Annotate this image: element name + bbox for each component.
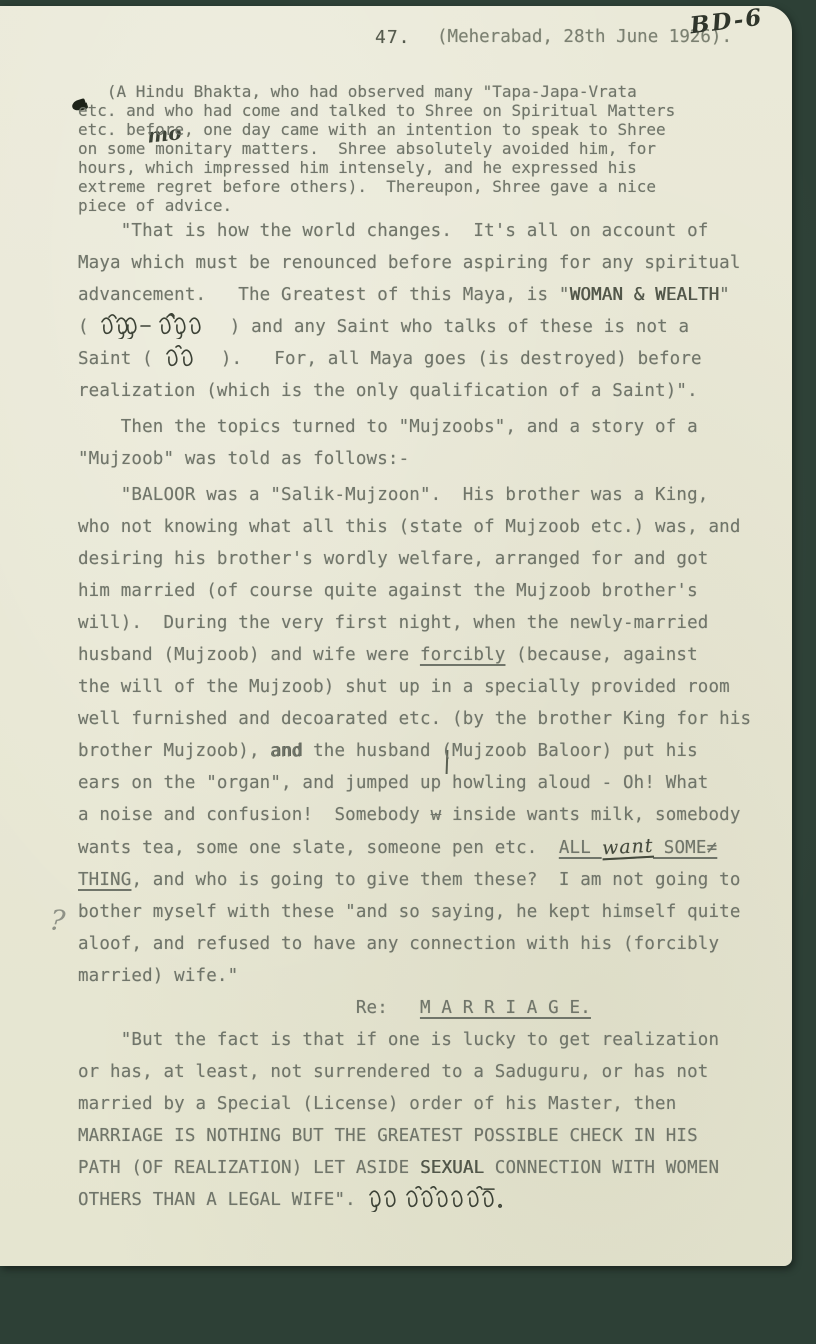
typed-text: CONNECTION WITH WOMEN [484, 1158, 719, 1178]
typed-text: brother Mujzoob), [78, 741, 270, 761]
typed-text: will). During the very first night, when… [78, 613, 708, 633]
text-line: "BALOOR was a "Salik-Mujzoon". His broth… [78, 479, 774, 511]
text-line: "But the fact is that if one is lucky to… [78, 1024, 774, 1056]
paragraph-marriage: "But the fact is that if one is lucky to… [78, 1024, 774, 1216]
typed-text: well furnished and decoarated etc. (by t… [78, 709, 751, 729]
paragraph-mujzoob-intro: Then the topics turned to "Mujzoobs", an… [78, 411, 774, 475]
typed-text: etc. and who had come and talked to Shre… [78, 101, 675, 120]
typed-text: MARRIAGE IS NOTHING BUT THE GREATEST POS… [78, 1126, 698, 1146]
typed-text: realization (which is the only qualifica… [78, 381, 698, 401]
typed-text: or has, at least, not surrendered to a S… [78, 1062, 708, 1082]
typed-text: SOME≠ [653, 838, 717, 858]
typed-text: ) and any Saint who talks of these is no… [208, 317, 689, 337]
text-line: Maya which must be renounced before aspi… [78, 247, 774, 279]
typed-text: M A R R I A G E. [420, 998, 591, 1018]
text-line: ( ) and any Saint who talks of these is … [78, 311, 774, 343]
text-line: married) wife." [78, 960, 774, 992]
typed-text: Re: [78, 998, 420, 1018]
text-line: married by a Special (License) order of … [78, 1088, 774, 1120]
typed-text: aloof, and refused to have any connectio… [78, 934, 719, 954]
typed-text: forcibly [420, 645, 506, 665]
typed-text: " [719, 285, 730, 305]
typed-text: "But the fact is that if one is lucky to… [78, 1030, 719, 1050]
typed-text: Then the topics turned to "Mujzoobs", an… [78, 417, 698, 437]
typed-text: advancement. The Greatest of this Maya, … [78, 285, 570, 305]
text-line: hours, which impressed him intensely, an… [78, 158, 774, 177]
typed-text: married by a Special (License) order of … [78, 1094, 676, 1114]
typed-text: ). For, all Maya goes (is destroyed) bef… [200, 349, 702, 369]
paragraph-baloor-story: "BALOOR was a "Salik-Mujzoon". His broth… [78, 479, 774, 992]
typed-text: married) wife." [78, 966, 238, 986]
typed-text: a noise and confusion! Somebody [78, 805, 431, 825]
document-page: 47. (Meherabad, 28th June 1926). BD-6 mo… [0, 6, 792, 1266]
typed-text: the will of the Mujzoob) shut up in a sp… [78, 677, 730, 697]
typed-text: , and who is going to give them these? I… [131, 870, 740, 890]
typed-text: inside wants milk, somebody [441, 805, 740, 825]
typed-text: SEXUAL [420, 1158, 484, 1178]
typed-text: hours, which impressed him intensely, an… [78, 158, 637, 177]
typed-text: Maya which must be renounced before aspi… [78, 253, 741, 273]
dateline: (Meherabad, 28th June 1926). [437, 27, 732, 47]
handwritten-word: want [601, 830, 654, 865]
typed-text: Saint ( [78, 349, 164, 369]
typed-text: him married (of course quite against the… [78, 581, 698, 601]
text-line: OTHERS THAN A LEGAL WIFE". [78, 1184, 774, 1216]
text-line: or has, at least, not surrendered to a S… [78, 1056, 774, 1088]
typed-text: (A Hindu Bhakta, who had observed many "… [78, 82, 637, 101]
text-line: realization (which is the only qualifica… [78, 375, 774, 407]
text-line: Then the topics turned to "Mujzoobs", an… [78, 411, 774, 443]
text-line: piece of advice. [78, 196, 774, 215]
text-line: well furnished and decoarated etc. (by t… [78, 703, 774, 735]
text-line: PATH (OF REALIZATION) LET ASIDE SEXUAL C… [78, 1152, 774, 1184]
typed-text: ( [78, 317, 99, 337]
typed-text: on some monitary matters. Shree absolute… [78, 139, 656, 158]
text-line: Re: M A R R I A G E. [78, 992, 774, 1024]
text-line: desiring his brother's wordly welfare, a… [78, 543, 774, 575]
text-line: Saint ( ). For, all Maya goes (is destro… [78, 343, 774, 375]
gujarati-handwriting [367, 1190, 507, 1210]
text-line: bother myself with these "and so saying,… [78, 896, 774, 928]
typed-text: and [270, 741, 302, 761]
typed-text: desiring his brother's wordly welfare, a… [78, 549, 708, 569]
annotation-bd6: BD-6 [689, 4, 765, 40]
typed-text: etc. before, one day came with an intent… [78, 120, 666, 139]
typed-text: "BALOOR was a "Salik-Mujzoon". His broth… [78, 485, 708, 505]
text-line: aloof, and refused to have any connectio… [78, 928, 774, 960]
text-line: extreme regret before others). Thereupon… [78, 177, 774, 196]
text-line: on some monitary matters. Shree absolute… [78, 139, 774, 158]
text-line: (A Hindu Bhakta, who had observed many "… [78, 82, 774, 101]
typed-text: OTHERS THAN A LEGAL WIFE". [78, 1190, 367, 1210]
text-line: the will of the Mujzoob) shut up in a sp… [78, 671, 774, 703]
typed-text: "That is how the world changes. It's all… [78, 221, 708, 241]
typed-text: husband (Mujzoob) and wife were [78, 645, 420, 665]
paragraph-maya: "That is how the world changes. It's all… [78, 215, 774, 407]
text-line: MARRIAGE IS NOTHING BUT THE GREATEST POS… [78, 1120, 774, 1152]
text-line: who not knowing what all this (state of … [78, 511, 774, 543]
typed-text: ears on the "organ", and jumped up howli… [78, 773, 708, 793]
typed-text: extreme regret before others). Thereupon… [78, 177, 656, 196]
text-line: "Mujzoob" was told as follows:- [78, 443, 774, 475]
typed-text: wants tea, some one slate, someone pen e… [78, 838, 559, 858]
text-line: THING, and who is going to give them the… [78, 864, 774, 896]
opening-note: (A Hindu Bhakta, who had observed many "… [78, 82, 774, 215]
typed-text: w [431, 805, 442, 825]
document-body: (A Hindu Bhakta, who had observed many "… [78, 82, 774, 1216]
typed-text: WOMAN & WEALTH [570, 285, 720, 305]
typed-text: "Mujzoob" was told as follows:- [78, 449, 409, 469]
text-line: ears on the "organ", and jumped up howli… [78, 767, 774, 799]
typed-text: PATH (OF REALIZATION) LET ASIDE [78, 1158, 420, 1178]
typed-text: (because, against [505, 645, 697, 665]
typed-text: bother myself with these "and so saying,… [78, 902, 741, 922]
text-line: etc. before, one day came with an intent… [78, 120, 774, 139]
typed-text: the husband (Mujzoob Baloor) put his [302, 741, 697, 761]
text-line: a noise and confusion! Somebody w inside… [78, 799, 774, 831]
text-line: brother Mujzoob), and the husband (Mujzo… [78, 735, 774, 767]
text-line: will). During the very first night, when… [78, 607, 774, 639]
text-line: husband (Mujzoob) and wife were forcibly… [78, 639, 774, 671]
text-line: wants tea, some one slate, someone pen e… [78, 831, 774, 864]
margin-question-mark: ? [48, 903, 66, 937]
section-heading-marriage: Re: M A R R I A G E. [78, 992, 774, 1024]
text-line: etc. and who had come and talked to Shre… [78, 101, 774, 120]
typed-text: ALL [559, 838, 602, 858]
typed-text: who not knowing what all this (state of … [78, 517, 741, 537]
text-line: "That is how the world changes. It's all… [78, 215, 774, 247]
typed-text: THING [78, 870, 131, 890]
page-number: 47. [375, 27, 411, 48]
text-line: him married (of course quite against the… [78, 575, 774, 607]
typed-text: piece of advice. [78, 196, 232, 215]
gujarati-handwriting [99, 317, 208, 337]
text-line: advancement. The Greatest of this Maya, … [78, 279, 774, 311]
gujarati-handwriting [164, 349, 200, 369]
